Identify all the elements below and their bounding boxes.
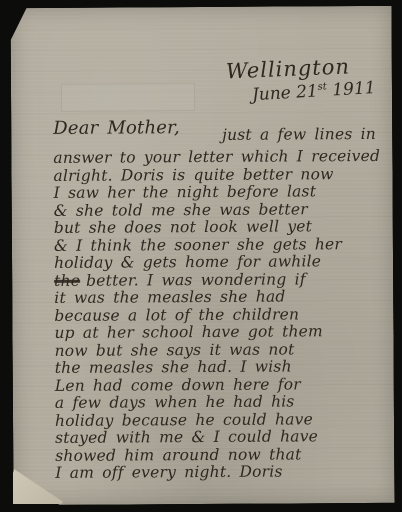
opening-phrase: just a few lines in	[222, 125, 376, 144]
letter-paper: Wellington June 21st 1911 Dear Mother, j…	[10, 6, 394, 505]
letter-line: holiday & gets home for awhile	[54, 253, 383, 273]
scan-background: Wellington June 21st 1911 Dear Mother, j…	[0, 0, 402, 512]
letter-line: stayed with me & I could have	[55, 428, 384, 448]
letter-line: I am off every night. Doris	[55, 463, 384, 483]
impressed-rectangle	[61, 83, 195, 112]
letter-line: the measles she had. I wish	[55, 358, 384, 378]
salutation-row: Dear Mother, just a few lines in	[53, 118, 382, 150]
letter-body: Dear Mother, just a few lines in answer …	[53, 118, 384, 483]
line-after-crossed: better. I was wondering if	[86, 270, 306, 289]
letter-line: I saw her the night before last	[54, 183, 383, 203]
crossed-out-word: the	[54, 271, 80, 289]
salutation: Dear Mother,	[53, 117, 180, 139]
date-ordinal: st	[318, 81, 328, 93]
date-main: June 21	[252, 81, 319, 105]
date-year: 1911	[332, 78, 376, 100]
letter-line: it was the measles she had	[54, 288, 383, 308]
letter-line: up at her school have got them	[54, 323, 383, 343]
letter-header: Wellington June 21st 1911	[226, 56, 376, 103]
letter-line: a few days when he had his	[55, 393, 384, 413]
